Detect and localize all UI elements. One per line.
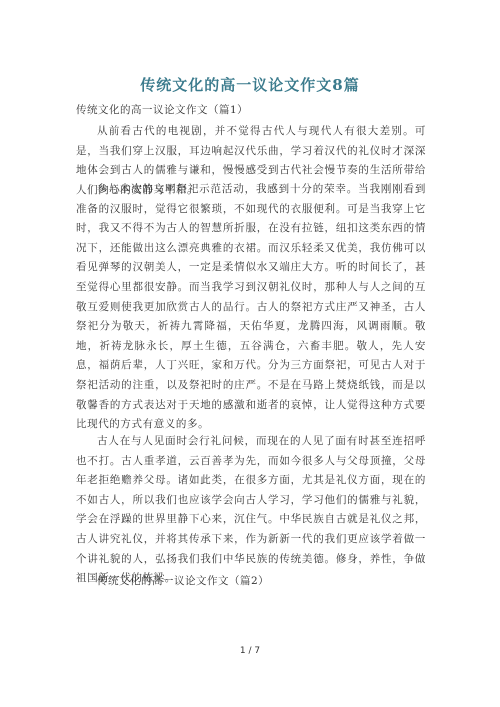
section-heading-2: 传统文化的高一议论文作文（篇2） <box>97 573 269 588</box>
paragraph-text: 古人在与人见面时会行礼问候，而现在的人见了面有时甚至连招呼也不打。古人重孝道，云… <box>76 432 426 589</box>
page-indicator: 1 / 7 <box>0 646 500 656</box>
document-title: 传统文化的高一议论文作文8篇 <box>0 74 500 95</box>
paragraph-text: 参与本次的文明祭祀示范活动，我感到十分的荣幸。当我刚刚看到准备的汉服时，觉得它很… <box>76 180 426 435</box>
paragraph-3: 古人在与人见面时会行礼问候，而现在的人见了面有时甚至连招呼也不打。古人重孝道，云… <box>76 432 426 589</box>
document-page: 传统文化的高一议论文作文8篇 传统文化的高一议论文作文（篇1） 从前看古代的电视… <box>0 0 500 707</box>
paragraph-2: 参与本次的文明祭祀示范活动，我感到十分的荣幸。当我刚刚看到准备的汉服时，觉得它很… <box>76 180 426 435</box>
section-heading-1: 传统文化的高一议论文作文（篇1） <box>76 102 248 117</box>
